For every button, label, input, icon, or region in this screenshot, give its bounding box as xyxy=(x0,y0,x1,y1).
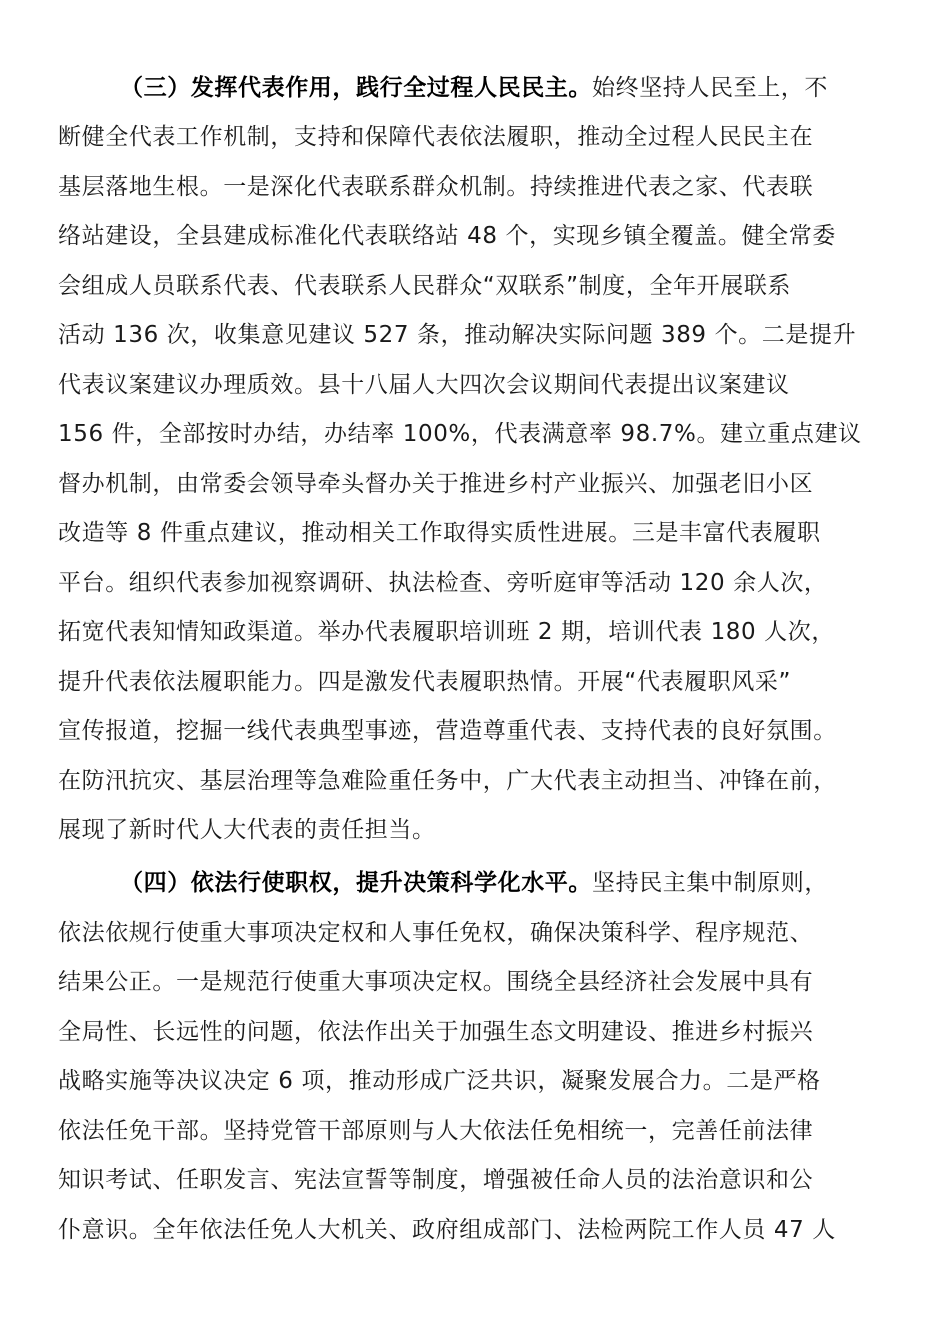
paragraph-line: 断健全代表工作机制，支持和保障代表依法履职，推动全过程人民民主在 xyxy=(58,117,898,157)
paragraph-line: 仆意识。全年依法任免人大机关、政府组成部门、法检两院工作人员 47 人 xyxy=(58,1210,898,1250)
paragraph-line: （四）依法行使职权，提升决策科学化水平。坚持民主集中制原则， xyxy=(120,863,900,903)
paragraph-line: 督办机制，由常委会领导牵头督办关于推进乡村产业振兴、加强老旧小区 xyxy=(58,464,898,504)
paragraph-line: 基层落地生根。一是深化代表联系群众机制。持续推进代表之家、代表联 xyxy=(58,167,898,207)
document-page: （三）发挥代表作用，践行全过程人民民主。始终坚持人民至上，不 断健全代表工作机制… xyxy=(0,0,950,1344)
paragraph-line: 战略实施等决议决定 6 项，推动形成广泛共识，凝聚发展合力。二是严格 xyxy=(58,1061,898,1101)
paragraph-line: 知识考试、任职发言、宪法宣誓等制度，增强被任命人员的法治意识和公 xyxy=(58,1160,898,1200)
paragraph-text: 坚持民主集中制原则， xyxy=(592,870,828,896)
paragraph-line: 依法任免干部。坚持党管干部原则与人大依法任免相统一，完善任前法律 xyxy=(58,1111,898,1151)
section-heading: （四）依法行使职权，提升决策科学化水平。 xyxy=(120,870,592,896)
paragraph-line: 156 件，全部按时办结，办结率 100%，代表满意率 98.7%。建立重点建议 xyxy=(58,414,898,454)
paragraph-line: 展现了新时代人大代表的责任担当。 xyxy=(58,810,898,850)
paragraph-line: 结果公正。一是规范行使重大事项决定权。围绕全县经济社会发展中具有 xyxy=(58,962,898,1002)
paragraph-line: 拓宽代表知情知政渠道。举办代表履职培训班 2 期，培训代表 180 人次， xyxy=(58,612,898,652)
paragraph-text: 始终坚持人民至上，不 xyxy=(592,75,828,101)
paragraph-line: 平台。组织代表参加视察调研、执法检查、旁听庭审等活动 120 余人次， xyxy=(58,563,898,603)
paragraph-line: 宣传报道，挖掘一线代表典型事迹，营造尊重代表、支持代表的良好氛围。 xyxy=(58,711,898,751)
paragraph-line: 活动 136 次，收集意见建议 527 条，推动解决实际问题 389 个。二是提… xyxy=(58,315,898,355)
paragraph-line: 络站建设，全县建成标准化代表联络站 48 个，实现乡镇全覆盖。健全常委 xyxy=(58,216,898,256)
section-heading: （三）发挥代表作用，践行全过程人民民主。 xyxy=(120,75,592,101)
paragraph-line: （三）发挥代表作用，践行全过程人民民主。始终坚持人民至上，不 xyxy=(120,68,900,108)
paragraph-line: 在防汛抗灾、基层治理等急难险重任务中，广大代表主动担当、冲锋在前， xyxy=(58,761,898,801)
paragraph-line: 全局性、长远性的问题，依法作出关于加强生态文明建设、推进乡村振兴 xyxy=(58,1012,898,1052)
paragraph-line: 改造等 8 件重点建议，推动相关工作取得实质性进展。三是丰富代表履职 xyxy=(58,513,898,553)
paragraph-line: 会组成人员联系代表、代表联系人民群众“双联系”制度，全年开展联系 xyxy=(58,266,898,306)
paragraph-line: 提升代表依法履职能力。四是激发代表履职热情。开展“代表履职风采” xyxy=(58,662,898,702)
paragraph-line: 依法依规行使重大事项决定权和人事任免权，确保决策科学、程序规范、 xyxy=(58,913,898,953)
paragraph-line: 代表议案建议办理质效。县十八届人大四次会议期间代表提出议案建议 xyxy=(58,365,898,405)
